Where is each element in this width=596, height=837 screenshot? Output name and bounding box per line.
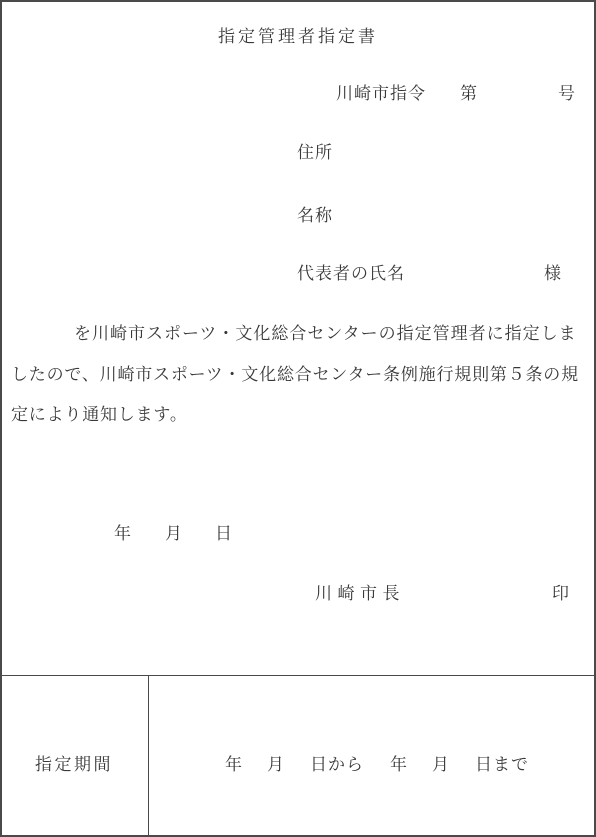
- period-from-day-label: 日から: [310, 750, 364, 775]
- recipient-name-label: 名称: [297, 201, 333, 226]
- body-paragraph-line-2: したので、川崎市スポーツ・文化総合センター条例施行規則第５条の規: [11, 360, 579, 385]
- period-value-line: 年 月 日から 年 月 日まで: [2, 750, 594, 770]
- directive-number-label: 第: [460, 79, 478, 104]
- period-to-year-label: 年: [390, 750, 408, 775]
- recipient-address-label: 住所: [297, 138, 333, 163]
- body-paragraph-line-1: を川崎市スポーツ・文化総合センターの指定管理者に指定しま: [74, 319, 577, 344]
- document-page: 指定管理者指定書 川崎市指令 第 号 住所 名称 代表者の氏名 様 を川崎市スポ…: [0, 0, 596, 837]
- signature-line: 川崎市長 印: [2, 579, 594, 599]
- representative-line: 代表者の氏名 様: [2, 259, 594, 279]
- date-month-label: 月: [165, 519, 183, 544]
- seal-mark: 印: [552, 579, 570, 604]
- page-title: 指定管理者指定書: [2, 22, 594, 47]
- honorific-label: 様: [544, 259, 562, 284]
- period-to-day-label: 日まで: [475, 750, 529, 775]
- date-day-label: 日: [215, 519, 233, 544]
- table-top-border: [2, 675, 594, 676]
- period-from-year-label: 年: [225, 750, 243, 775]
- directive-prefix: 川崎市指令: [336, 79, 426, 104]
- date-line: 年 月 日: [2, 519, 594, 539]
- mayor-name: 川崎市長: [315, 579, 405, 604]
- period-from-month-label: 月: [267, 750, 285, 775]
- body-paragraph-line-3: 定により通知します。: [11, 400, 188, 425]
- representative-label: 代表者の氏名: [297, 259, 405, 284]
- period-to-month-label: 月: [432, 750, 450, 775]
- date-year-label: 年: [114, 519, 132, 544]
- directive-line: 川崎市指令 第 号: [2, 79, 594, 99]
- directive-number-suffix: 号: [558, 79, 576, 104]
